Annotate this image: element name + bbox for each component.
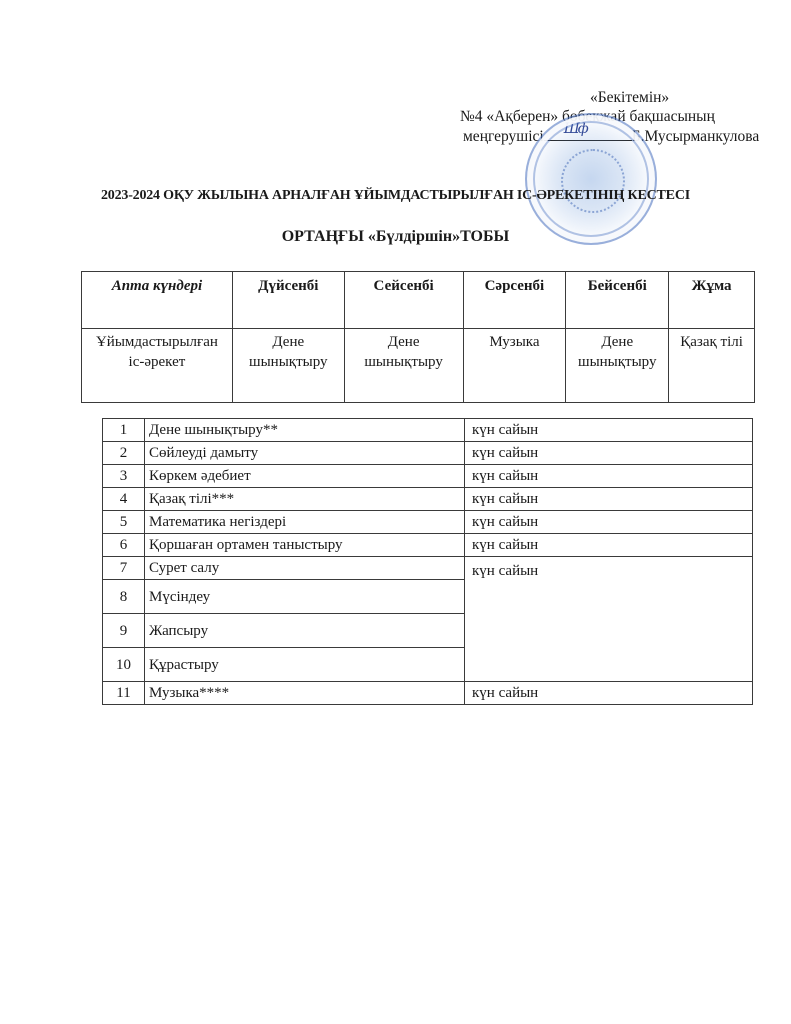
subject-name: Қоршаған ортамен таныстыру xyxy=(145,534,465,557)
approval-signatory: меңгерушісіШфБ.Мусырманкулова xyxy=(440,126,785,146)
subject-frequency: күн сайын xyxy=(465,442,753,465)
signature: Шф xyxy=(564,120,587,139)
table-row: 2 Сөйлеуді дамыту күн сайын xyxy=(103,442,753,465)
table-row: 4 Қазақ тілі*** күн сайын xyxy=(103,488,753,511)
weekly-schedule-table: Апта күндері Дүйсенбі Сейсенбі Сәрсенбі … xyxy=(81,271,755,403)
cell-line: Дене xyxy=(345,332,463,352)
row-number: 4 xyxy=(103,488,145,511)
header-weekdays: Апта күндері xyxy=(82,272,233,329)
subject-name: Қазақ тілі*** xyxy=(145,488,465,511)
table-row: 7 Сурет салу күн сайын xyxy=(103,557,753,580)
approval-director-name: Б.Мусырманкулова xyxy=(632,128,759,145)
table-row: 11 Музыка**** күн сайын xyxy=(103,682,753,705)
cell-line: Музыка xyxy=(464,332,566,352)
cell-line: шынықтыру xyxy=(566,352,668,372)
weekly-activity-row: Ұйымдастырылғаніс-әрекет Денешынықтыру Д… xyxy=(82,329,755,403)
cell-thursday: Денешынықтыру xyxy=(566,329,669,403)
weekly-header-row: Апта күндері Дүйсенбі Сейсенбі Сәрсенбі … xyxy=(82,272,755,329)
cell-monday: Денешынықтыру xyxy=(232,329,344,403)
subject-frequency: күн сайын xyxy=(465,419,753,442)
approval-position: меңгерушісі xyxy=(463,128,544,145)
table-row: 3 Көркем әдебиет күн сайын xyxy=(103,465,753,488)
group-title: ОРТАҢҒЫ «Бүлдіршін»ТОБЫ xyxy=(0,228,791,246)
subject-name: Көркем әдебиет xyxy=(145,465,465,488)
row-number: 3 xyxy=(103,465,145,488)
subject-frequency: күн сайын xyxy=(465,488,753,511)
header-friday: Жұма xyxy=(669,272,755,329)
cell-tuesday: Денешынықтыру xyxy=(344,329,463,403)
subject-name: Сурет салу xyxy=(145,557,465,580)
cell-line: Дене xyxy=(566,332,668,352)
row-number: 6 xyxy=(103,534,145,557)
cell-line: шынықтыру xyxy=(233,352,344,372)
row-number: 5 xyxy=(103,511,145,534)
subject-name: Жапсыру xyxy=(145,614,465,648)
subject-name: Математика негіздері xyxy=(145,511,465,534)
row-number: 1 xyxy=(103,419,145,442)
row-number: 10 xyxy=(103,648,145,682)
row-label-line: іс-әрекет xyxy=(82,352,232,372)
table-row: 6 Қоршаған ортамен таныстыру күн сайын xyxy=(103,534,753,557)
signature-line: Шф xyxy=(544,126,632,141)
row-number: 11 xyxy=(103,682,145,705)
cell-line: Қазақ тілі xyxy=(669,332,754,352)
document-title: 2023-2024 ОҚУ ЖЫЛЫНА АРНАЛҒАН ҰЙЫМДАСТЫР… xyxy=(0,188,791,204)
header-wednesday: Сәрсенбі xyxy=(463,272,566,329)
subject-name: Мүсіндеу xyxy=(145,580,465,614)
approval-block: «Бекітемін» №4 «Ақберен» бөбекжай бақшас… xyxy=(440,88,785,146)
row-number: 9 xyxy=(103,614,145,648)
header-thursday: Бейсенбі xyxy=(566,272,669,329)
table-row: 5 Математика негіздері күн сайын xyxy=(103,511,753,534)
subject-frequency: күн сайын xyxy=(465,465,753,488)
header-tuesday: Сейсенбі xyxy=(344,272,463,329)
subject-frequency-merged: күн сайын xyxy=(465,557,753,682)
approval-heading: «Бекітемін» xyxy=(440,88,785,107)
table-row: 1 Дене шынықтыру** күн сайын xyxy=(103,419,753,442)
subject-name: Сөйлеуді дамыту xyxy=(145,442,465,465)
cell-line: шынықтыру xyxy=(345,352,463,372)
cell-line: Дене xyxy=(233,332,344,352)
row-label: Ұйымдастырылғаніс-әрекет xyxy=(82,329,233,403)
subject-frequency: күн сайын xyxy=(465,534,753,557)
row-number: 8 xyxy=(103,580,145,614)
cell-wednesday: Музыка xyxy=(463,329,566,403)
subjects-table: 1 Дене шынықтыру** күн сайын 2 Сөйлеуді … xyxy=(102,418,753,705)
subject-name: Дене шынықтыру** xyxy=(145,419,465,442)
header-monday: Дүйсенбі xyxy=(232,272,344,329)
cell-friday: Қазақ тілі xyxy=(669,329,755,403)
subject-frequency: күн сайын xyxy=(465,682,753,705)
subject-frequency: күн сайын xyxy=(465,511,753,534)
row-number: 7 xyxy=(103,557,145,580)
approval-organization: №4 «Ақберен» бөбекжай бақшасының xyxy=(440,107,785,126)
row-label-line: Ұйымдастырылған xyxy=(82,332,232,352)
row-number: 2 xyxy=(103,442,145,465)
subject-name: Құрастыру xyxy=(145,648,465,682)
subject-name: Музыка**** xyxy=(145,682,465,705)
